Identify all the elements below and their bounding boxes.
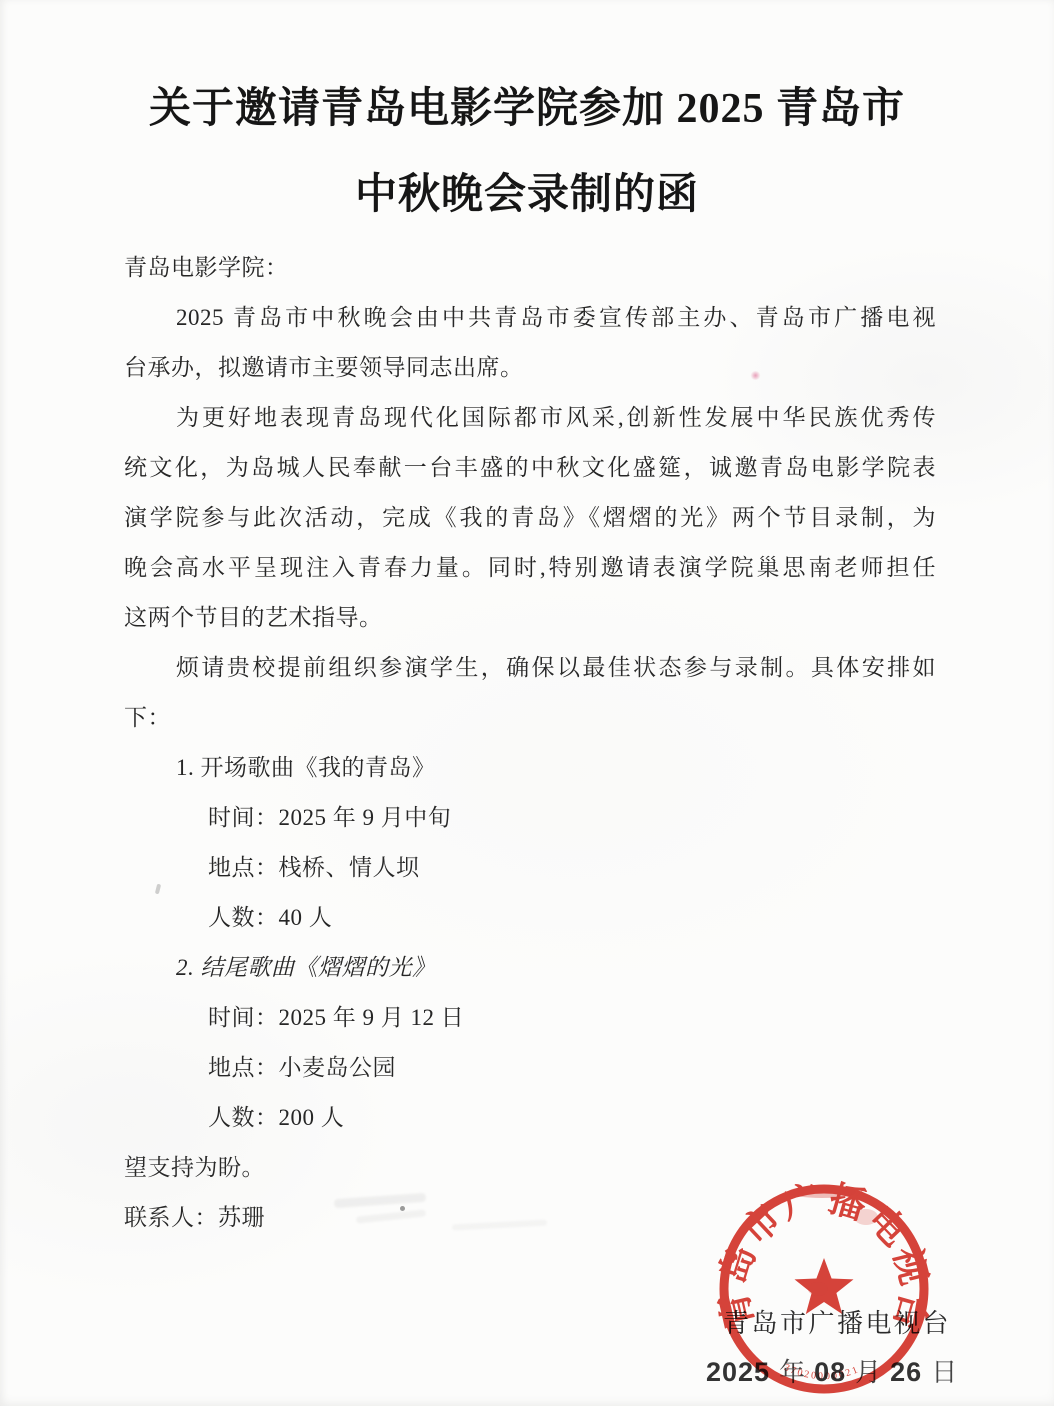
body-line: 演学院参与此次活动，完成《我的青岛》《熠熠的光》两个节目录制，为 bbox=[124, 493, 936, 543]
body-line: 台承办，拟邀请市主要领导同志出席。 bbox=[124, 343, 936, 393]
seal-ink-smudge bbox=[854, 1209, 878, 1225]
body-line: 下： bbox=[124, 693, 936, 743]
date-day-unit: 日 bbox=[931, 1358, 957, 1387]
title-line-2: 中秋晚会录制的函 bbox=[0, 152, 1054, 238]
item-2-count: 人数：200 人 bbox=[124, 1093, 936, 1143]
list-item-2-title: 2. 结尾歌曲《熠熠的光》 bbox=[124, 943, 936, 993]
salutation-line: 青岛电影学院： bbox=[124, 243, 936, 293]
official-seal-stamp: 青岛市广播电视台 37020000021 bbox=[714, 1179, 934, 1399]
item-1-place: 地点：栈桥、情人坝 bbox=[124, 843, 936, 893]
item-2-place: 地点：小麦岛公园 bbox=[124, 1043, 936, 1093]
title-line-1: 关于邀请青岛电影学院参加 2025 青岛市 bbox=[0, 66, 1054, 152]
seal-ink-smudge bbox=[788, 1186, 856, 1198]
body-line: 晚会高水平呈现注入青春力量。同时,特别邀请表演学院巢思南老师担任 bbox=[124, 543, 936, 593]
document-title: 关于邀请青岛电影学院参加 2025 青岛市 中秋晚会录制的函 bbox=[0, 66, 1054, 238]
document-page: 关于邀请青岛电影学院参加 2025 青岛市 中秋晚会录制的函 青岛电影学院： 2… bbox=[0, 0, 1054, 1406]
item-2-time: 时间：2025 年 9 月 12 日 bbox=[124, 993, 936, 1043]
body-line: 统文化，为岛城人民奉献一台丰盛的中秋文化盛筵，诚邀青岛电影学院表 bbox=[124, 443, 936, 493]
document-body: 青岛电影学院： 2025 青岛市中秋晚会由中共青岛市委宣传部主办、青岛市广播电视… bbox=[124, 243, 936, 1243]
seal-ink-smudge bbox=[808, 1282, 828, 1296]
list-item-1-title: 1. 开场歌曲《我的青岛》 bbox=[124, 743, 936, 793]
item-1-count: 人数：40 人 bbox=[124, 893, 936, 943]
body-line: 为更好地表现青岛现代化国际都市风采,创新性发展中华民族优秀传 bbox=[124, 393, 936, 443]
body-line: 烦请贵校提前组织参演学生，确保以最佳状态参与录制。具体安排如 bbox=[124, 643, 936, 693]
body-line: 2025 青岛市中秋晚会由中共青岛市委宣传部主办、青岛市广播电视 bbox=[124, 293, 936, 343]
item-1-time: 时间：2025 年 9 月中旬 bbox=[124, 793, 936, 843]
body-line: 这两个节目的艺术指导。 bbox=[124, 593, 936, 643]
seal-serial-number: 37020000021 bbox=[782, 1362, 861, 1382]
